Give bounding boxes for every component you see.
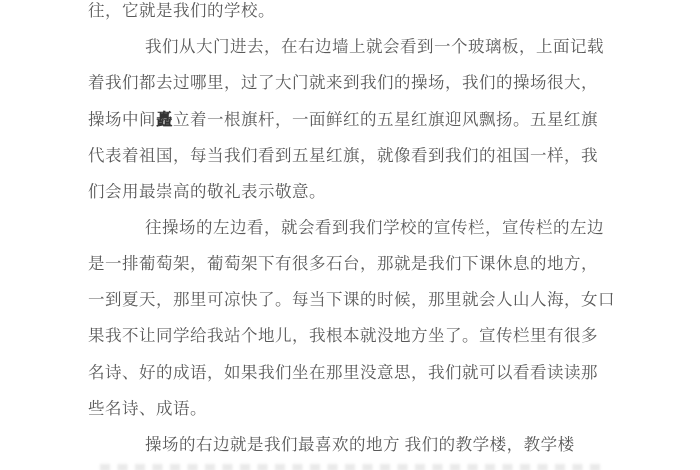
emphasized-character: 矗 [156,110,173,129]
text-line: 我们从大门进去，在右边墙上就会看到一个玻璃板，上面记载 [88,29,623,65]
text-line: 操场的右边就是我们最喜欢的地方 我们的教学楼，教学楼 [88,427,623,463]
text-line: 些名诗、成语。 [88,391,623,427]
text-line: 们会用最崇高的敬礼表示敬意。 [88,174,623,210]
text-line: 是一排葡萄架，葡萄架下有很多石台，那就是我们下课休息的地方， [88,246,623,282]
partially-visible-next-line [100,464,605,470]
text-line: 一到夏天，那里可凉快了。每当下课的时候，那里就会人山人海，女口 [88,282,623,318]
text-line: 果我不让同学给我站个地儿，我根本就没地方坐了。宣传栏里有很多 [88,318,623,354]
text-line: 代表着祖国，每当我们看到五星红旗，就像看到我们的祖国一样，我 [88,138,623,174]
text-line: 名诗、好的成语，如果我们坐在那里没意思，我们就可以看看读读那 [88,355,623,391]
text-line: 操场中间矗立着一根旗杆，一面鲜红的五星红旗迎风飘扬。五星红旗 [88,102,623,138]
text-segment: 立着一根旗杆，一面鲜红的五星红旗迎风飘扬。五星红旗 [173,110,598,129]
essay-text-block: 往，它就是我们的学校。 我们从大门进去，在右边墙上就会看到一个玻璃板，上面记载 … [88,0,623,463]
text-segment: 操场中间 [88,110,156,129]
document-page: 往，它就是我们的学校。 我们从大门进去，在右边墙上就会看到一个玻璃板，上面记载 … [0,0,700,470]
text-line: 往，它就是我们的学校。 [88,0,623,29]
text-line: 着我们都去过哪里，过了大门就来到我们的操场，我们的操场很大， [88,65,623,101]
text-line: 往操场的左边看，就会看到我们学校的宣传栏，宣传栏的左边 [88,210,623,246]
